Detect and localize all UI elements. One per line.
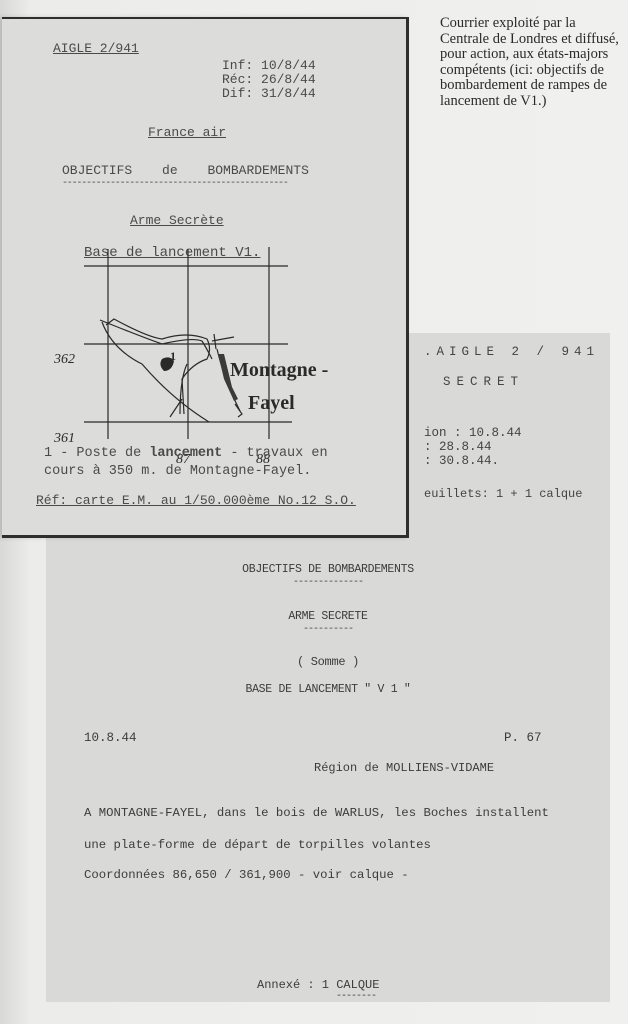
department: ( Somme )	[46, 655, 610, 669]
heading-underline: --------------	[46, 577, 610, 588]
sheet-count: euillets: 1 + 1 calque	[424, 487, 582, 501]
body-line: une plate-forme de départ de torpilles v…	[84, 838, 431, 852]
place-name: Montagne -	[230, 359, 328, 381]
map-reference: Réf: carte E.M. au 1/50.000ème No.12 S.O…	[36, 493, 356, 508]
heading-objectives: OBJECTIFS DE BOMBARDEMENTS	[46, 563, 610, 576]
map-point-label: 1	[170, 349, 176, 363]
heading-secret-weapon: ARME SECRETE	[46, 610, 610, 623]
body-line: Coordonnées 86,650 / 361,900 - voir calq…	[84, 868, 409, 882]
photo-caption: Courrier exploité par la Centrale de Lon…	[440, 16, 620, 109]
date-line-3: : 30.8.44.	[424, 454, 499, 468]
page-number: P. 67	[504, 731, 542, 745]
classification-label: SECRET	[443, 375, 524, 389]
date-reception: ion : 10.8.44	[424, 426, 522, 440]
grid-label-361: 361	[53, 431, 75, 446]
annex-underline: --------	[336, 991, 376, 1002]
date-line-2: : 28.8.44	[424, 440, 492, 454]
annex: Annexé : 1 CALQUE	[257, 978, 379, 992]
grid-label-362: 362	[53, 352, 75, 367]
body-line: A MONTAGNE-FAYEL, dans le bois de WARLUS…	[84, 806, 549, 820]
map-legend: 1 - Poste de lancement - travaux en cour…	[44, 445, 328, 481]
place-name: Fayel	[248, 392, 295, 414]
region: Région de MOLLIENS-VIDAME	[314, 761, 494, 775]
document-reference: .AIGLE 2 / 941	[424, 345, 599, 359]
document-date: 10.8.44	[84, 731, 137, 745]
heading-underline: ----------	[46, 624, 610, 635]
heading-launch-base: BASE DE LANCEMENT " V 1 "	[46, 683, 610, 696]
typed-document-france-air: AIGLE 2/941 Inf: 10/8/44 Réc: 26/8/44 Di…	[2, 17, 409, 538]
